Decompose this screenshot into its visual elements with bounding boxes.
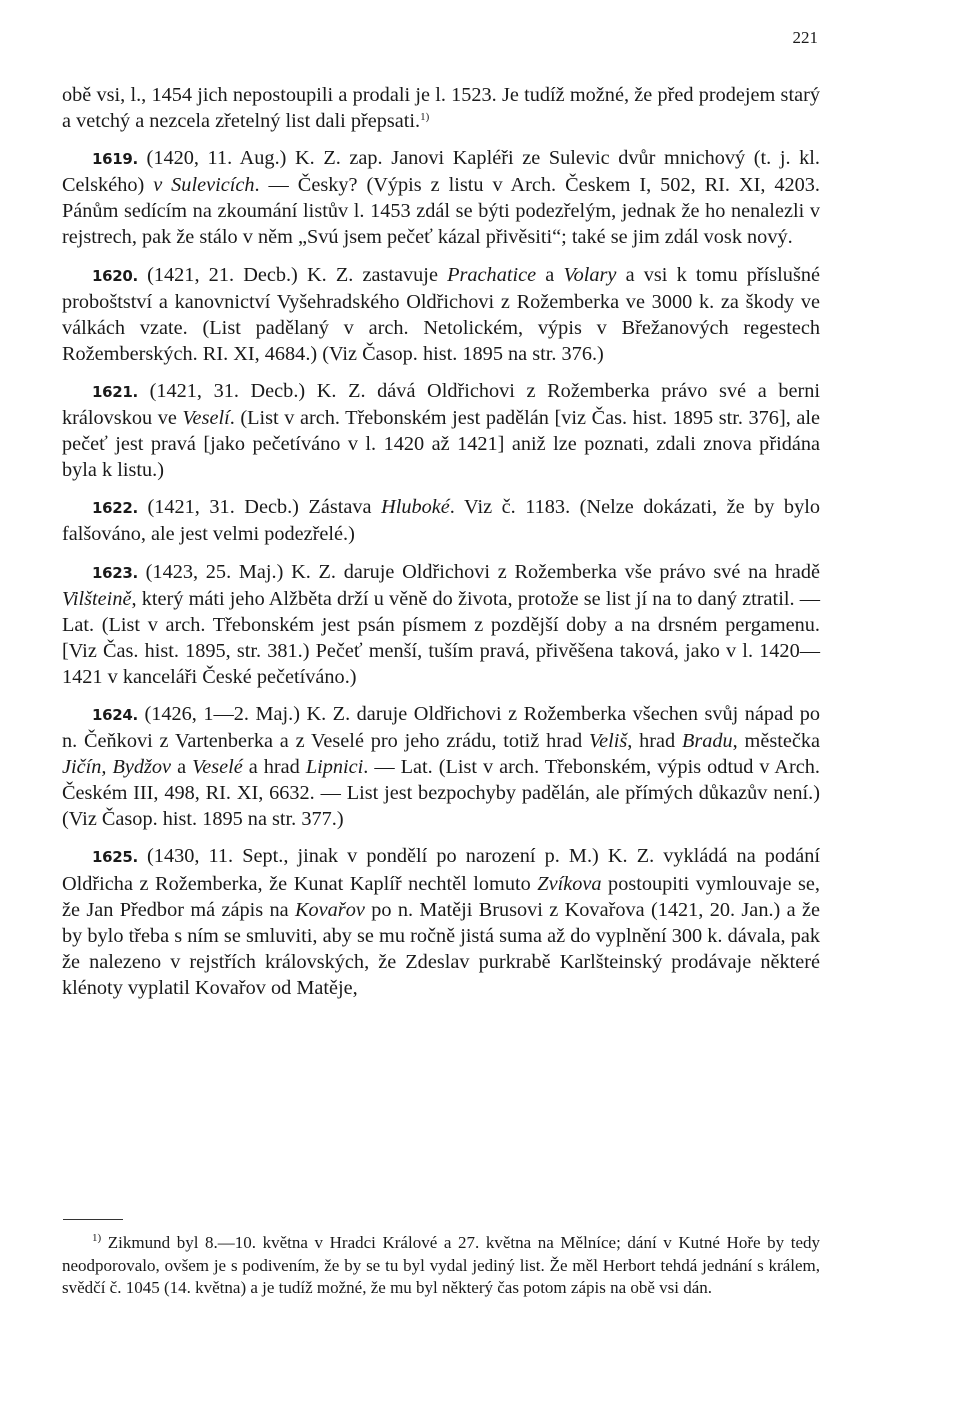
place-name: Volary <box>563 264 616 286</box>
place-name: Zvíkova <box>537 873 601 895</box>
place-name: Veliš <box>589 730 627 752</box>
entry-number: 1624. <box>92 706 138 724</box>
footnote-reference[interactable]: 1) <box>420 111 429 123</box>
entry-1624: 1624. (1426, 1—2. Maj.) K. Z. daruje Old… <box>62 701 820 832</box>
footnote-1: 1) Zikmund byl 8.—10. května v Hradci Kr… <box>62 1232 820 1300</box>
entry-1620: 1620. (1421, 21. Decb.) K. Z. zastavuje … <box>62 262 820 367</box>
footnotes: 1) Zikmund byl 8.—10. května v Hradci Kr… <box>62 1232 820 1300</box>
body-text: obě vsi, l., 1454 jich nepostoupili a pr… <box>62 82 820 1012</box>
place-name: Hluboké <box>381 496 450 518</box>
place-name: Lipnici <box>306 756 363 778</box>
place-name: Kovařov <box>295 899 365 921</box>
place-name: Veselé <box>192 756 243 778</box>
intro-paragraph: obě vsi, l., 1454 jich nepostoupili a pr… <box>62 82 820 134</box>
entry-text: (1423, 25. Maj.) K. Z. daruje Oldřichovi… <box>138 561 820 583</box>
place-name: Jičín, Bydžov <box>62 756 171 778</box>
entry-1619: 1619. (1420, 11. Aug.) K. Z. zap. Janovi… <box>62 145 820 250</box>
entry-1625: 1625. (1430, 11. Sept., jinak v pondělí … <box>62 843 820 1001</box>
entry-1623: 1623. (1423, 25. Maj.) K. Z. daruje Oldř… <box>62 559 820 690</box>
entry-number: 1625. <box>92 848 138 866</box>
entry-number: 1621. <box>92 383 138 401</box>
footnote-marker: 1) <box>92 1232 101 1244</box>
entry-text: (1421, 31. Decb.) Zástava <box>138 496 381 518</box>
footnote-text: Zikmund byl 8.—10. května v Hradci Králo… <box>62 1233 820 1297</box>
entry-text: a hrad <box>243 756 306 778</box>
place-name: Vilšteině <box>62 588 131 610</box>
entry-text: a <box>536 264 563 286</box>
entry-1622: 1622. (1421, 31. Decb.) Zástava Hluboké.… <box>62 494 820 547</box>
entry-text: , hrad <box>627 730 682 752</box>
entry-number: 1623. <box>92 564 138 582</box>
place-name: Prachatice <box>447 264 536 286</box>
entry-text: (1421, 21. Decb.) K. Z. zastavuje <box>138 264 447 286</box>
entry-text: , městečka <box>733 730 820 752</box>
entry-number: 1622. <box>92 499 138 517</box>
entry-number: 1620. <box>92 267 138 285</box>
place-name: Veselí <box>182 407 229 429</box>
entry-number: 1619. <box>92 150 138 168</box>
page-number: 221 <box>793 28 819 48</box>
place-name: Bradu <box>682 730 733 752</box>
intro-text: obě vsi, l., 1454 jich nepostoupili a pr… <box>62 84 820 132</box>
entry-text: a <box>171 756 192 778</box>
entry-text: , který máti jeho Alžběta drží u věně do… <box>62 588 820 688</box>
place-name: v Sulevicích <box>153 174 254 196</box>
entry-1621: 1621. (1421, 31. Decb.) K. Z. dává Oldři… <box>62 378 820 483</box>
footnote-divider <box>63 1219 123 1220</box>
